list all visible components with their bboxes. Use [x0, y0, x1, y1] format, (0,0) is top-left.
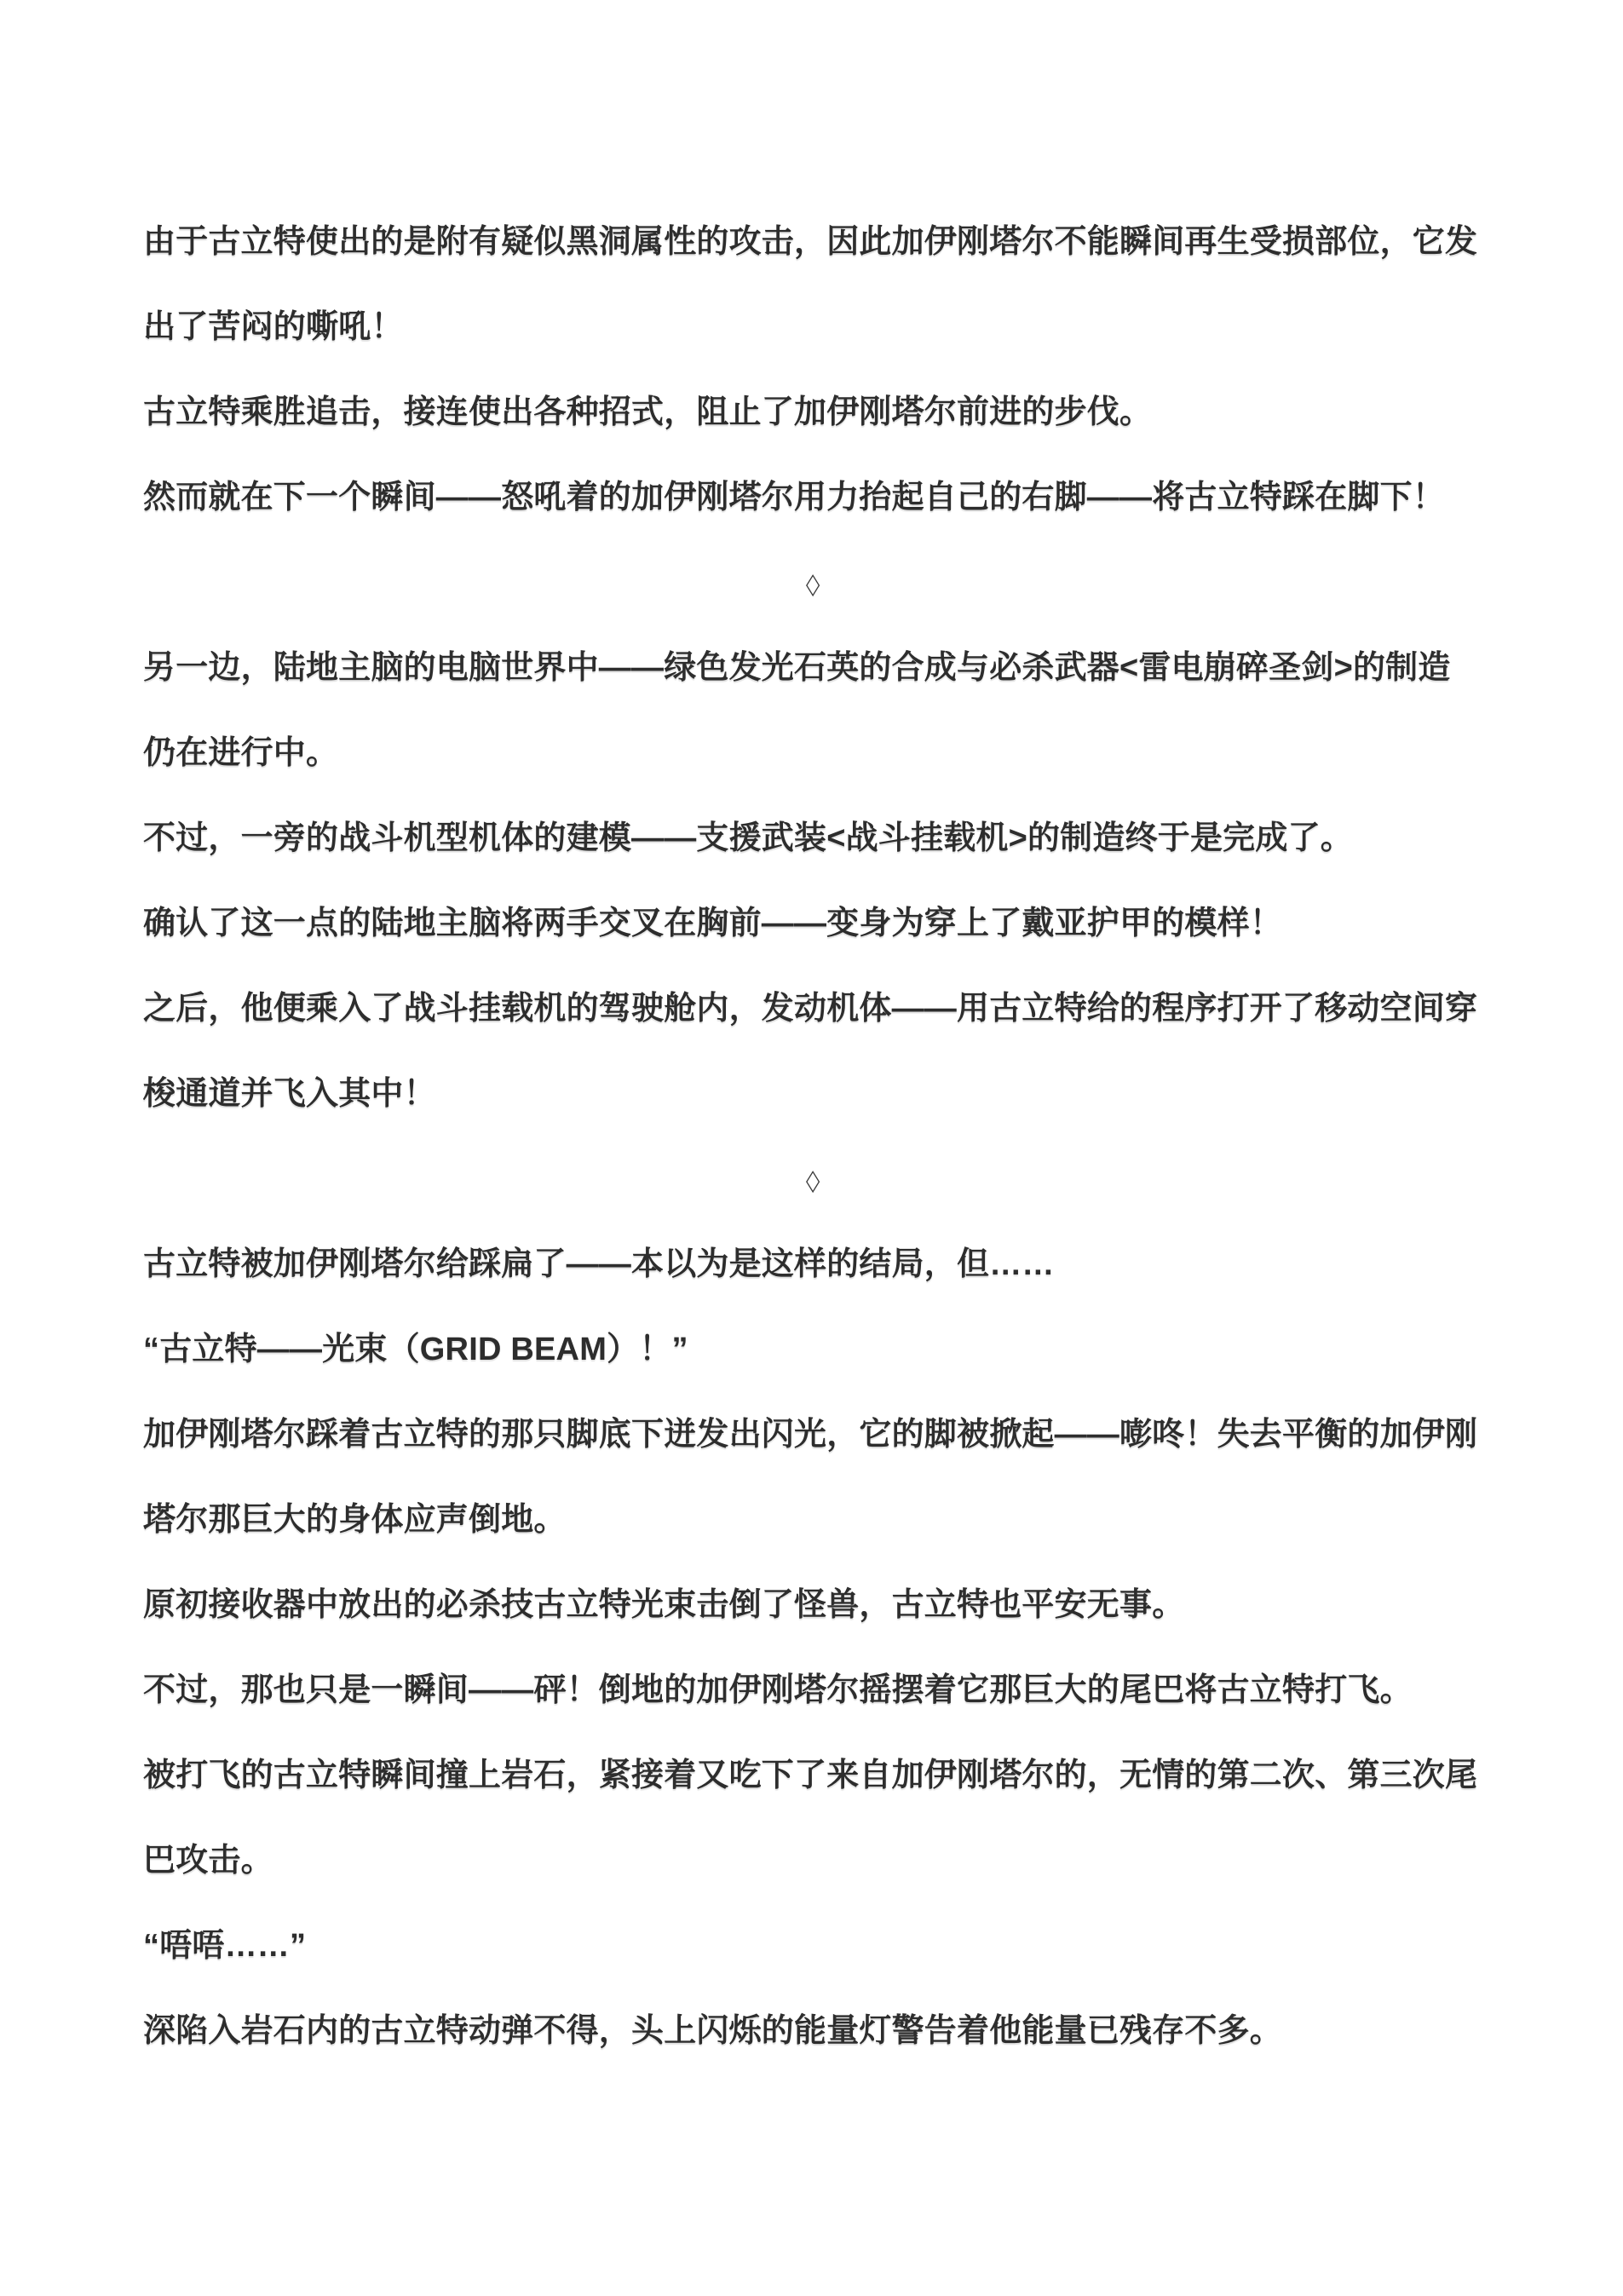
text-line: 之后，他便乘入了战斗挂载机的驾驶舱内，发动机体——用古立特给的程序打开了移动空间…	[143, 966, 1482, 1051]
diamond-icon: ◇	[806, 1137, 820, 1223]
page-text: 由于古立特使出的是附有疑似黑洞属性的攻击，因此加伊刚塔尔不能瞬间再生受损部位，它…	[143, 199, 1482, 2074]
section-divider: ◇	[143, 1136, 1482, 1222]
text-line: 巴攻击。	[143, 1818, 1482, 1903]
text-line: 由于古立特使出的是附有疑似黑洞属性的攻击，因此加伊刚塔尔不能瞬间再生受损部位，它…	[143, 199, 1482, 285]
text-line: 原初接收器中放出的必杀技古立特光束击倒了怪兽，古立特也平安无事。	[143, 1562, 1482, 1648]
section-divider: ◇	[143, 540, 1482, 625]
text-line: 仍在进行中。	[143, 711, 1482, 796]
dialogue-line: “唔唔……”	[143, 1903, 1482, 1988]
text-line: 然而就在下一个瞬间——怒吼着的加伊刚塔尔用力抬起自己的右脚——将古立特踩在脚下！	[143, 455, 1482, 540]
text-line: 另一边，陆地主脑的电脑世界中——绿色发光石英的合成与必杀武器<雷电崩碎圣剑>的制…	[143, 625, 1482, 711]
text-line: 出了苦闷的嘶吼！	[143, 285, 1482, 370]
text-line: 深陷入岩石内的古立特动弹不得，头上闪烁的能量灯警告着他能量已残存不多。	[143, 1988, 1482, 2074]
text-line: 不过，一旁的战斗机型机体的建模——支援武装<战斗挂载机>的制造终于是完成了。	[143, 796, 1482, 881]
dialogue-line: “古立特——光束（GRID BEAM）！”	[143, 1307, 1482, 1392]
text-line: 确认了这一点的陆地主脑将两手交叉在胸前——变身为穿上了戴亚护甲的模样！	[143, 881, 1482, 966]
text-line: 不过，那也只是一瞬间——砰！倒地的加伊刚塔尔摇摆着它那巨大的尾巴将古立特打飞。	[143, 1648, 1482, 1733]
text-line: 古立特被加伊刚塔尔给踩扁了——本以为是这样的结局，但……	[143, 1222, 1482, 1307]
diamond-icon: ◇	[806, 541, 820, 626]
text-line: 古立特乘胜追击，接连使出各种招式，阻止了加伊刚塔尔前进的步伐。	[143, 370, 1482, 455]
text-line: 塔尔那巨大的身体应声倒地。	[143, 1477, 1482, 1562]
text-line: 被打飞的古立特瞬间撞上岩石，紧接着又吃下了来自加伊刚塔尔的，无情的第二次、第三次…	[143, 1733, 1482, 1818]
text-line: 梭通道并飞入其中！	[143, 1051, 1482, 1136]
text-line: 加伊刚塔尔踩着古立特的那只脚底下迸发出闪光，它的脚被掀起——嘭咚！失去平衡的加伊…	[143, 1392, 1482, 1477]
novel-page: 由于古立特使出的是附有疑似黑洞属性的攻击，因此加伊刚塔尔不能瞬间再生受损部位，它…	[0, 0, 1623, 2296]
